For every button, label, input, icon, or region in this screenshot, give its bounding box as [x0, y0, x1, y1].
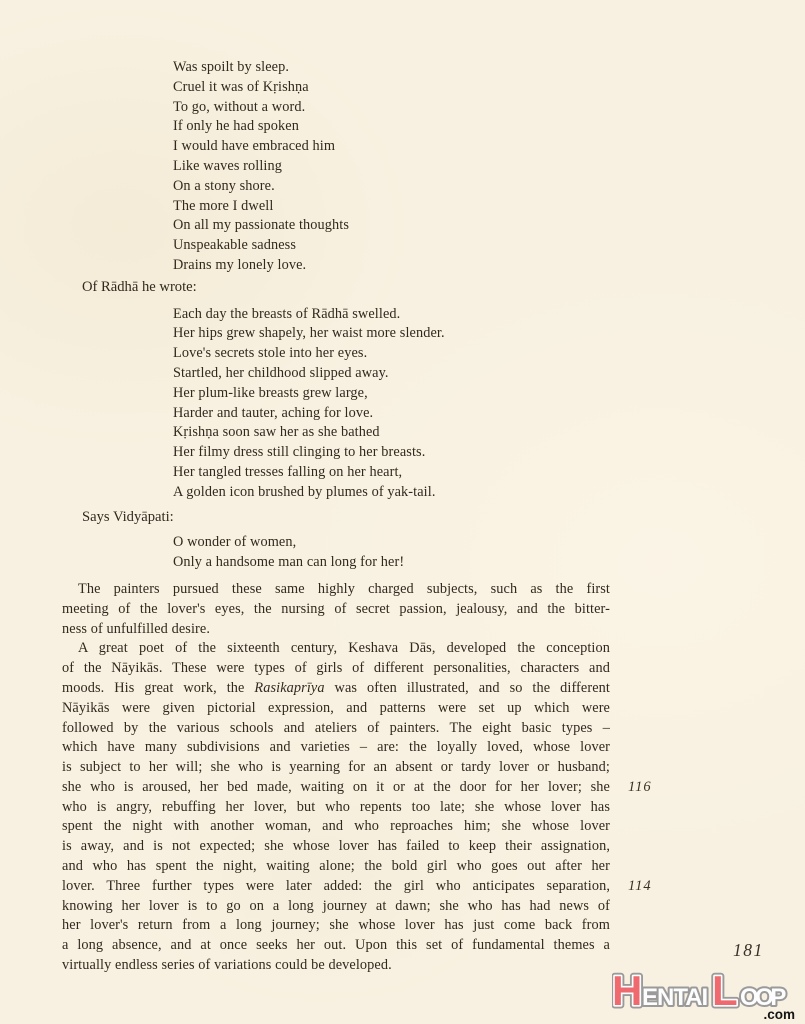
- poem-line: I would have embraced him: [173, 137, 610, 157]
- text-line: moods. His great work, the Rasikaprīya w…: [62, 679, 610, 699]
- text-line: which have many subdivisions and varieti…: [62, 738, 610, 758]
- text-line: A great poet of the sixteenth century, K…: [62, 639, 610, 659]
- poem-line: To go, without a word.: [173, 98, 610, 118]
- book-page: Was spoilt by sleep.Cruel it was of Kṛis…: [0, 0, 805, 1024]
- poem-line: Was spoilt by sleep.: [173, 58, 610, 78]
- poem-line: Kṛishṇa soon saw her as she bathed: [173, 423, 610, 443]
- text-line: a long absence, and at once seeks her ou…: [62, 936, 610, 956]
- text-line: and who has spent the night, waiting alo…: [62, 857, 610, 877]
- poem-line: Unspeakable sadness: [173, 236, 610, 256]
- poem-line: Her tangled tresses falling on her heart…: [173, 463, 610, 483]
- margin-figure-ref: 116: [628, 778, 668, 798]
- margin-figure-ref: 114: [628, 877, 668, 897]
- poem-line: Each day the breasts of Rādhā swelled.: [173, 305, 610, 325]
- poem-stanza-3: O wonder of women,Only a handsome man ca…: [173, 533, 610, 573]
- text-line: of the Nāyikās. These were types of girl…: [62, 659, 610, 679]
- poem-line: Drains my lonely love.: [173, 256, 610, 276]
- poem-line: Harder and tauter, aching for love.: [173, 404, 610, 424]
- poem-line: Her hips grew shapely, her waist more sl…: [173, 324, 610, 344]
- text-line: The painters pursued these same highly c…: [62, 580, 610, 600]
- watermark-letter-l: L: [712, 967, 738, 1014]
- paragraph-nayikas: A great poet of the sixteenth century, K…: [62, 639, 610, 976]
- poem-line: Her plum-like breasts grew large,: [173, 384, 610, 404]
- text-line: spent the night with another woman, and …: [62, 817, 610, 837]
- text-line: her lover's return from a long journey; …: [62, 916, 610, 936]
- poem-line: The more I dwell: [173, 197, 610, 217]
- text-line: Nāyikās were given pictorial expression,…: [62, 699, 610, 719]
- poem-line: Only a handsome man can long for her!: [173, 553, 610, 573]
- watermark-text-entai: ENTAI: [642, 984, 708, 1011]
- poem-line: Her filmy dress still clinging to her br…: [173, 443, 610, 463]
- text-line: followed by the various schools and atel…: [62, 719, 610, 739]
- page-number: 181: [733, 940, 764, 961]
- text-line: lover. Three further types were later ad…: [62, 877, 610, 897]
- heading-says-vidyapati: Says Vidyāpati:: [82, 508, 610, 528]
- poem-line: Cruel it was of Kṛishṇa: [173, 78, 610, 98]
- text-line: ness of unfulfilled desire.: [62, 620, 610, 640]
- poem-line: Startled, her childhood slipped away.: [173, 364, 610, 384]
- poem-line: O wonder of women,: [173, 533, 610, 553]
- text-line: meeting of the lover's eyes, the nursing…: [62, 600, 610, 620]
- text-column: Was spoilt by sleep.Cruel it was of Kṛis…: [62, 58, 610, 976]
- poem-stanza-2: Each day the breasts of Rādhā swelled.He…: [173, 305, 610, 503]
- text-line: is away, and is not expected; she whose …: [62, 837, 610, 857]
- poem-line: Like waves rolling: [173, 157, 610, 177]
- poem-line: On a stony shore.: [173, 177, 610, 197]
- text-line: virtually endless series of variations c…: [62, 956, 610, 976]
- paragraph-painters: The painters pursued these same highly c…: [62, 580, 610, 639]
- poem-line: If only he had spoken: [173, 117, 610, 137]
- poem-line: A golden icon brushed by plumes of yak-t…: [173, 483, 610, 503]
- watermark-text-dotcom: .com: [763, 1007, 795, 1022]
- text-line: knowing her lover is to go on a long jou…: [62, 897, 610, 917]
- watermark-logo[interactable]: H L H L ENTAI OOP .com: [612, 959, 800, 1023]
- poem-stanza-1: Was spoilt by sleep.Cruel it was of Kṛis…: [173, 58, 610, 276]
- poem-line: Love's secrets stole into her eyes.: [173, 344, 610, 364]
- text-line: she who is aroused, her bed made, waitin…: [62, 778, 610, 798]
- heading-of-radha: Of Rādhā he wrote:: [82, 278, 610, 298]
- text-line: is subject to her will; she who is yearn…: [62, 758, 610, 778]
- watermark-letter-h: H: [612, 967, 642, 1014]
- text-line: who is angry, rebuffing her lover, but w…: [62, 798, 610, 818]
- poem-line: On all my passionate thoughts: [173, 216, 610, 236]
